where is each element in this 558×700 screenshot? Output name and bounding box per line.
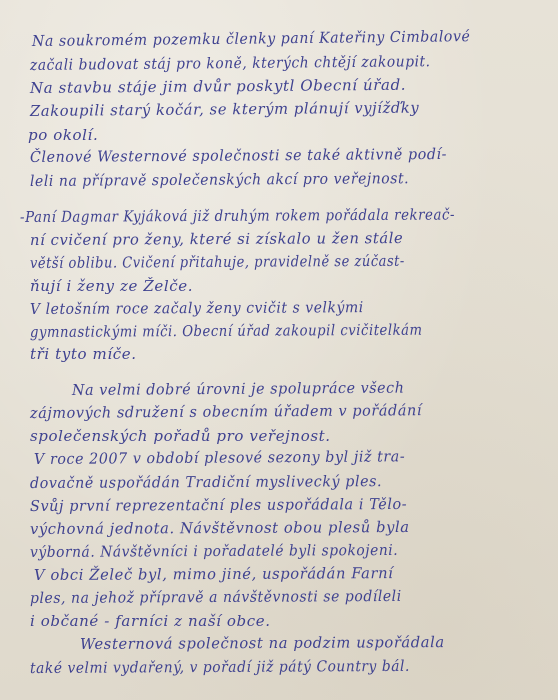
text-line: dovačně uspořádán Tradiční myslivecký pl… (30, 472, 382, 492)
text-line: společenských pořadů pro veřejnost. (30, 427, 331, 445)
text-line: V roce 2007 v období plesové sezony byl … (34, 447, 405, 468)
text-line: Svůj první reprezentační ples uspořádala… (30, 495, 407, 515)
text-line: Na velmi dobré úrovni je spolupráce všec… (72, 379, 405, 399)
text-line: Na soukromém pozemku členky paní Kateřin… (32, 27, 471, 50)
text-line: Členové Westernové společnosti se také a… (30, 145, 447, 166)
handwritten-document-page: Na soukromém pozemku členky paní Kateřin… (0, 0, 558, 700)
text-line: také velmi vydařený, v pořadí již pátý C… (30, 657, 410, 677)
text-line: Zakoupili starý kočár, se kterým plánují… (30, 99, 419, 120)
text-line: výchovná jednota. Návštěvnost obou plesů… (30, 518, 410, 538)
text-line: ňují i ženy ze Želče. (30, 277, 193, 295)
text-line: gymnastickými míči. Obecní úřad zakoupil… (30, 321, 423, 341)
text-line: leli na přípravě společenských akcí pro … (30, 169, 409, 190)
text-line: výborná. Návštěvníci i pořadatelé byli s… (30, 541, 398, 561)
text-line: Westernová společnost na podzim uspořáda… (80, 633, 445, 653)
text-line: -Paní Dagmar Kyjáková již druhým rokem p… (20, 205, 455, 226)
text-line: tři tyto míče. (30, 345, 137, 363)
text-line: po okolí. (28, 126, 98, 144)
text-line: ní cvičení pro ženy, které si získalo u … (30, 229, 403, 249)
text-line: začali budovat stáj pro koně, kterých ch… (30, 52, 431, 74)
text-line: ples, na jehož přípravě a návštěvnosti s… (30, 587, 402, 607)
text-line: V letošním roce začaly ženy cvičit s vel… (30, 298, 364, 318)
text-line: i občané - farníci z naší obce. (30, 612, 271, 630)
text-line: Na stavbu stáje jim dvůr poskytl Obecní … (30, 76, 406, 97)
text-line: V obci Želeč byl, mimo jiné, uspořádán F… (34, 564, 394, 584)
text-line: zájmových sdružení s obecním úřadem v po… (30, 401, 422, 422)
text-line: větší oblibu. Cvičení přitahuje, pravide… (30, 252, 405, 272)
